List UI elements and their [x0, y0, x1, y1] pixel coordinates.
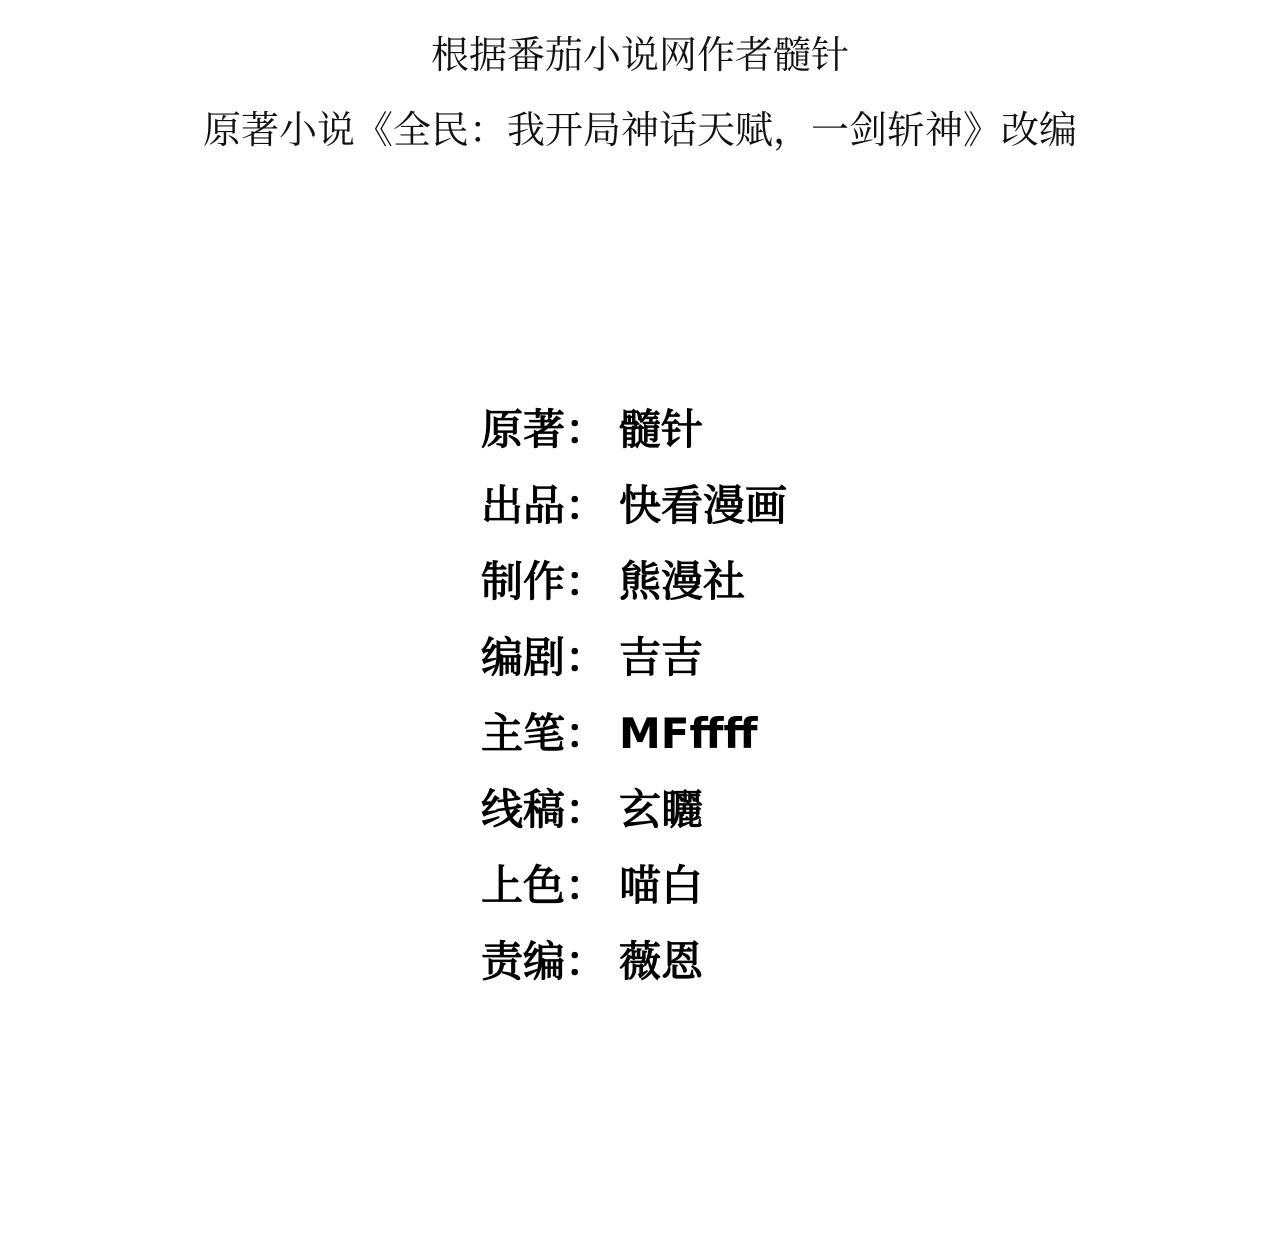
credit-name: 熊漫社: [619, 554, 745, 610]
credit-name: 髓针: [619, 402, 703, 458]
credit-role: 责编：: [481, 934, 619, 990]
credit-role: 线稿：: [481, 782, 619, 838]
credit-role: 主笔：: [481, 706, 619, 762]
credit-name: MFffff: [619, 706, 758, 762]
credit-row-original-author: 原著： 髓针: [481, 392, 981, 468]
credit-role: 制作：: [481, 554, 619, 610]
credit-row-editor: 责编： 薇恩: [481, 924, 981, 1000]
credit-row-production: 制作： 熊漫社: [481, 544, 981, 620]
credit-role: 上色：: [481, 858, 619, 914]
attribution-line-novel: 原著小说《全民：我开局神话天赋，一剑斩神》改编: [0, 105, 1280, 155]
attribution-line-author: 根据番茄小说网作者髓针: [0, 30, 1280, 80]
credit-role: 原著：: [481, 402, 619, 458]
credit-name: 玄矖: [619, 782, 703, 838]
credit-name: 快看漫画: [619, 478, 787, 534]
credit-name: 薇恩: [619, 934, 703, 990]
credit-row-coloring: 上色： 喵白: [481, 848, 981, 924]
credits-list: 原著： 髓针 出品： 快看漫画 制作： 熊漫社 编剧： 吉吉 主笔： MFfff…: [481, 392, 981, 1000]
credit-name: 喵白: [619, 858, 703, 914]
credit-row-line-art: 线稿： 玄矖: [481, 772, 981, 848]
credit-name: 吉吉: [619, 630, 703, 686]
credit-role: 编剧：: [481, 630, 619, 686]
credit-row-publisher: 出品： 快看漫画: [481, 468, 981, 544]
credit-row-screenwriter: 编剧： 吉吉: [481, 620, 981, 696]
credit-row-lead-artist: 主笔： MFffff: [481, 696, 981, 772]
credit-role: 出品：: [481, 478, 619, 534]
